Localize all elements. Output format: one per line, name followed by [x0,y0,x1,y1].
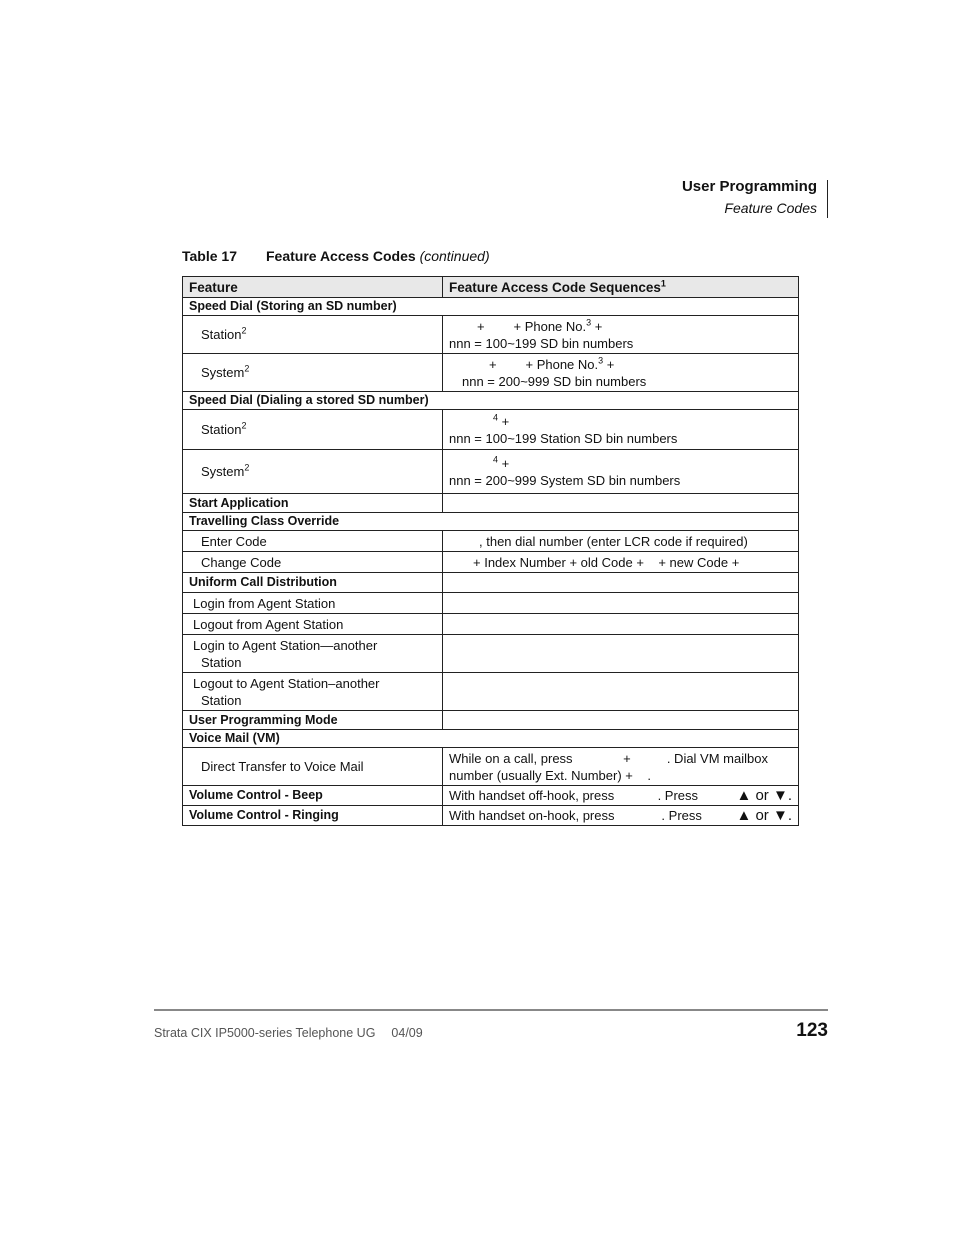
section-label: Speed Dial (Dialing a stored SD number) [183,392,799,410]
table-row: Travelling Class Override [183,513,799,531]
footnote-ref: 2 [241,421,246,431]
sequence-cell [443,593,799,614]
sequence-text: + + Phone No. [489,357,598,372]
table-row: Logout to Agent Station–another Station [183,673,799,711]
table-row: Station2 + + Phone No.3 + nnn = 100~199 … [183,316,799,354]
table-row: Change Code + Index Number + old Code + … [183,552,799,573]
table-row: Speed Dial (Storing an SD number) [183,298,799,316]
sequence-cell: While on a call, press + . Dial VM mailb… [443,748,799,786]
doc-date: 04/09 [391,1026,422,1040]
up-down-arrow-icons: ▲ or ▼. [736,787,792,804]
footnote-ref: 2 [241,326,246,336]
table-number: Table 17 [182,248,266,264]
table-row: Uniform Call Distribution [183,573,799,593]
footnote-ref: 2 [244,463,249,473]
feature-label: Logout to Agent Station–another [193,675,436,692]
footnote-ref: 2 [244,364,249,374]
sequence-text: number (usually Ext. Number) + . [449,767,792,784]
sequence-cell [443,494,799,513]
sequence-cell [443,711,799,730]
table-row: Station2 4 + nnn = 100~199 Station SD bi… [183,410,799,450]
sequence-cell: + Index Number + old Code + + new Code + [443,552,799,573]
sequence-note: nnn = 200~999 SD bin numbers [449,373,792,390]
sequence-text: + + Phone No. [477,319,586,334]
feature-cell: Logout to Agent Station–another Station [183,673,443,711]
feature-cell: System2 [183,354,443,392]
feature-label: System [201,365,244,380]
sequence-cell [443,673,799,711]
section-label: Speed Dial (Storing an SD number) [183,298,799,316]
sequence-cell: + + Phone No.3 + nnn = 100~199 SD bin nu… [443,316,799,354]
feature-label-cont: Station [193,692,436,709]
table-row: Voice Mail (VM) [183,730,799,748]
sequence-text: While on a call, press + . Dial VM mailb… [449,750,792,767]
header-sequence: Feature Access Code Sequences1 [443,277,799,298]
feature-cell: Station2 [183,410,443,450]
sequence-text: + [591,319,602,334]
header-feature: Feature [183,277,443,298]
feature-label: System [201,464,244,479]
sequence-text: With handset off-hook, press . Press [449,788,698,803]
sequence-text: , then dial number (enter LCR code if re… [449,534,748,549]
feature-cell: System2 [183,450,443,494]
feature-cell: Start Application [183,494,443,513]
table-row: System2 + + Phone No.3 + nnn = 200~999 S… [183,354,799,392]
doc-title: Strata CIX IP5000-series Telephone UG [154,1026,375,1040]
table-row: System2 4 + nnn = 200~999 System SD bin … [183,450,799,494]
feature-cell: Change Code [183,552,443,573]
table-row: Logout from Agent Station [183,614,799,635]
section-label: Voice Mail (VM) [183,730,799,748]
table-row: Start Application [183,494,799,513]
sequence-note: nnn = 100~199 SD bin numbers [449,335,792,352]
table-row: Login to Agent Station—another Station [183,635,799,673]
sequence-cell [443,635,799,673]
table-row: Volume Control - Ringing With handset on… [183,806,799,826]
sequence-text: + [498,414,509,429]
feature-cell: Login from Agent Station [183,593,443,614]
sequence-cell: With handset off-hook, press . Press▲ or… [443,786,799,806]
table-row: Login from Agent Station [183,593,799,614]
feature-cell: Station2 [183,316,443,354]
feature-label: Station [201,327,241,342]
sequence-cell [443,573,799,593]
page-number: 123 [796,1020,828,1042]
sequence-cell: + + Phone No.3 + nnn = 200~999 SD bin nu… [443,354,799,392]
feature-label-cont: Station [193,654,436,671]
table-row: Speed Dial (Dialing a stored SD number) [183,392,799,410]
sequence-text: With handset on-hook, press . Press [449,808,702,823]
feature-access-codes-table: Feature Feature Access Code Sequences1 S… [182,276,799,826]
footer: Strata CIX IP5000-series Telephone UG04/… [154,1026,423,1040]
up-down-arrow-icons: ▲ or ▼. [736,807,792,824]
feature-cell: Logout from Agent Station [183,614,443,635]
feature-cell: Uniform Call Distribution [183,573,443,593]
table-continued: (continued) [420,248,490,264]
section-label: Travelling Class Override [183,513,799,531]
feature-cell: Volume Control - Ringing [183,806,443,826]
feature-label: Login to Agent Station—another [193,637,436,654]
sequence-cell: , then dial number (enter LCR code if re… [443,531,799,552]
feature-cell: User Programming Mode [183,711,443,730]
table-title: Feature Access Codes [266,248,416,264]
header-sequence-label: Feature Access Code Sequences [449,280,661,295]
table-row: User Programming Mode [183,711,799,730]
sequence-cell: With handset on-hook, press . Press▲ or … [443,806,799,826]
table-row: Direct Transfer to Voice Mail While on a… [183,748,799,786]
sequence-text: + Index Number + old Code + + new Code + [449,555,739,570]
chapter-title: User Programming [682,178,817,196]
sequence-note: nnn = 100~199 Station SD bin numbers [449,430,792,447]
table-row: Volume Control - Beep With handset off-h… [183,786,799,806]
header-rule [827,180,828,218]
footer-rule [154,1009,828,1011]
feature-cell: Volume Control - Beep [183,786,443,806]
sequence-note: nnn = 200~999 System SD bin numbers [449,472,792,489]
table-header-row: Feature Feature Access Code Sequences1 [183,277,799,298]
table-row: Enter Code , then dial number (enter LCR… [183,531,799,552]
sequence-cell: 4 + nnn = 100~199 Station SD bin numbers [443,410,799,450]
sequence-text: + [498,456,509,471]
sequence-cell [443,614,799,635]
running-head: User Programming Feature Codes [682,178,817,217]
sequence-cell: 4 + nnn = 200~999 System SD bin numbers [443,450,799,494]
feature-cell: Enter Code [183,531,443,552]
sequence-text: + [603,357,614,372]
footnote-ref: 1 [661,278,666,288]
feature-cell: Login to Agent Station—another Station [183,635,443,673]
feature-cell: Direct Transfer to Voice Mail [183,748,443,786]
feature-label: Station [201,422,241,437]
section-title: Feature Codes [682,199,817,217]
table-caption: Table 17Feature Access Codes (continued) [182,248,490,264]
